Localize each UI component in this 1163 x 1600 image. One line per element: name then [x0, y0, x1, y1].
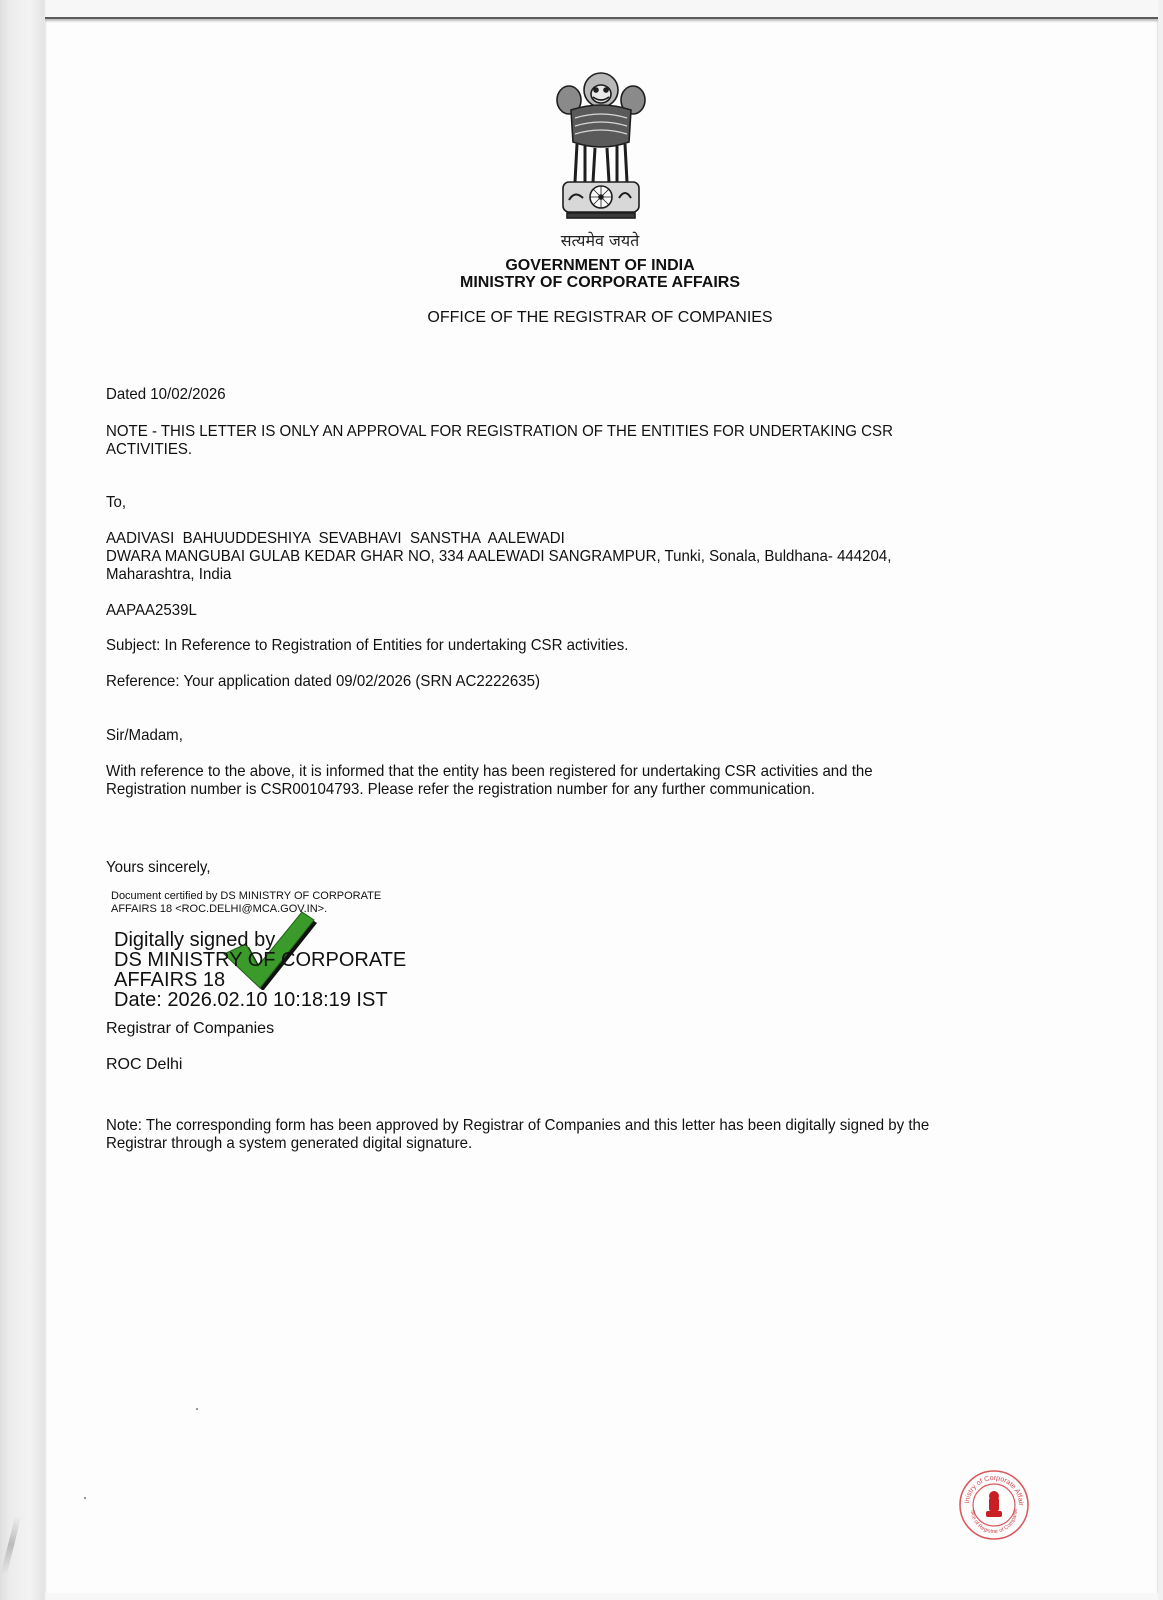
- scan-speck: [196, 1408, 198, 1410]
- addressee-pan: AAPAA2539L: [106, 602, 197, 620]
- letter-page: [45, 17, 1158, 1593]
- letter-body: With reference to the above, it is infor…: [106, 763, 873, 799]
- addressee-name: AADIVASI BAHUUDDESHIYA SEVABHAVI SANSTHA…: [106, 530, 565, 548]
- national-emblem-icon: [553, 70, 649, 228]
- office-title: OFFICE OF THE REGISTRAR OF COMPANIES: [300, 309, 900, 327]
- letter-to: To,: [106, 494, 126, 512]
- letter-subject: Subject: In Reference to Registration of…: [106, 637, 628, 655]
- ministry-title: MINISTRY OF CORPORATE AFFAIRS: [300, 274, 900, 292]
- page-edge: [1158, 0, 1163, 1600]
- letter-closing: Yours sincerely,: [106, 859, 211, 877]
- letter-reference: Reference: Your application dated 09/02/…: [106, 673, 540, 691]
- scan-speck: [84, 1497, 86, 1499]
- letter-date: Dated 10/02/2026: [106, 386, 226, 404]
- signatory-office: ROC Delhi: [106, 1056, 182, 1074]
- signatory-designation: Registrar of Companies: [106, 1020, 274, 1038]
- footer-note: Note: The corresponding form has been ap…: [106, 1117, 929, 1153]
- digital-signature-block: Digitally signed by DS MINISTRY OF CORPO…: [114, 930, 406, 1010]
- addressee-address-line2: Maharashtra, India: [106, 566, 231, 584]
- addressee-address-line1: DWARA MANGUBAI GULAB KEDAR GHAR NO, 334 …: [106, 548, 891, 566]
- emblem-motto: सत्यमेव जयते: [500, 229, 700, 251]
- government-title: GOVERNMENT OF INDIA: [300, 257, 900, 275]
- ministry-seal-icon: Ministry of Corporate Affairs Office of …: [957, 1468, 1031, 1542]
- letter-salutation: Sir/Madam,: [106, 727, 183, 745]
- letter-note: NOTE - THIS LETTER IS ONLY AN APPROVAL F…: [106, 423, 893, 459]
